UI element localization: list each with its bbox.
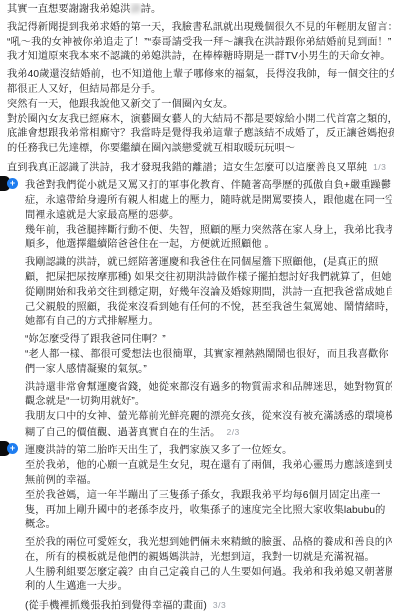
text-line: 在，所有的模板就是他們的親媽媽洪詩，光想到這，我對一切就是充滿祝福。 [25,551,392,566]
text-line: (從手機裡抓幾張我拍到覺得幸福的畫面)3/3 [25,598,392,614]
text-line: 人生勝利組要怎麼定義？由自己定義自己的人生要如何過。我弟和我弟媳又朝著勝 [25,566,392,581]
add-to-thread-plus-icon[interactable]: + [7,178,18,189]
text-line: 都很正人又好，但結局都是分手。 [7,83,394,98]
text-line: 她都有自己的方式排解壓力。 [25,315,392,330]
text-line: 運慶洪詩的第二胎昨天出生了，我們家族又多了一位姪女。 [25,444,392,459]
post-paragraph: 其實一直想要謝謝我弟媳洪詩詩。 [7,3,394,18]
post-paragraph: 我弟40歲還沒結婚前，也不知道他上輩子哪修來的福氣，長得沒我帥，每一個交往的女生… [7,68,394,157]
post-paragraph: 我爸對我們從小就是又罵又打的軍事化教育、伴隨著高學歷的孤傲自負+嚴重躁鬱症，永遠… [25,179,392,253]
text-line: 己父親般的照顧，我從來沒看到她有任何的不悅，甚至我爸生氣罵她、鬧情緒時， [25,301,392,316]
text-line: 隻，再加上剛升國中的老孫李皮丹，收集孫子的速度完全比照大家收集labubu的 [25,504,392,519]
page: 其實一直想要謝謝我弟媳洪詩詩。我記得新聞提到我弟求婚的第一天，我臉書私訊就出現幾… [0,0,400,614]
thread-post: +運慶洪詩的第二胎昨天出生了，我們家族又多了一位姪女。至於我弟，他的心願一直就是… [0,444,400,614]
text-line: 我剛認識的洪詩，就已經陪著運慶和我爸住在同個屋簷下照顧他，(是真正的照 [25,256,392,271]
text-line: 概念。 [25,518,392,533]
text-line: 糊了自己的價值觀、過著真實自在的生活。2/3 [25,425,392,441]
text-line: 突然有一天，他跟我說他又新交了一個圈內女友。 [7,98,394,113]
text-line: 觀念就是“一切夠用就好”。 [25,395,392,410]
text-line: 底誰會想跟我弟常相廝守？我當時是覺得我弟這輩子應該結不成婚了，反正讓爸媽抱孫子 [7,127,394,142]
text-line: 順多，他選擇繼續陪爸爸住在一起，方便就近照顧他 。 [25,238,392,253]
post-paragraph: 至於我的兩位可愛姪女，我光想到她們倆未來精緻的臉蛋、品格的養成和善良的內在，所有… [25,536,392,595]
text-line: 對於圈內女友我已經麻木，演藝圈女藝人的大結局不都是要嫁給小開二代首富之類的，到 [7,113,394,128]
text-line: 直到我真正認識了洪詩，我才發現我錯的離譜；這女生怎麼可以這麼善良又單純1/3 [7,160,394,176]
text-line: 我記得新聞提到我弟求婚的第一天，我臉書私訊就出現幾個很久不見的年輕朋友留言： [7,21,394,36]
text-fragment: 詩。 [141,4,162,15]
text-fragment: 其實一直想要謝謝我弟媳洪 [7,4,130,15]
text-line: 洪詩還非常會幫運慶省錢，她從來都沒有過多的物質需求和品牌迷思，她對物質的 [25,381,392,396]
post-paragraph: 運慶洪詩的第二胎昨天出生了，我們家族又多了一位姪女。至於我弟，他的心願一直就是生… [25,444,392,533]
text-line: 從剛開始和我弟交往到穩定期，好幾年沒論及婚嫁期間，洪詩一直把我爸當成她自 [25,286,392,301]
text-line: 無前例的幸福。 [25,474,392,489]
text-line: 至於我爸媽，這一年半蹦出了三隻孫子孫女，我跟我弟平均每6個月固定出產一 [25,489,392,504]
post-paragraph: 直到我真正認識了洪詩，我才發現我錯的離譜；這女生怎麼可以這麼善良又單純1/3 [7,160,394,176]
text-line: 們一家人感情凝聚的氣氛。” [25,363,392,378]
post-paragraph: 我剛認識的洪詩，就已經陪著運慶和我爸住在同個屋簷下照顧他，(是真正的照顧，把屎把… [25,256,392,330]
text-line: 至於我的兩位可愛姪女，我光想到她們倆未來精緻的臉蛋、品格的養成和善良的內 [25,536,392,551]
text-line: 幾年前，我爸腿摔斷行動不便、失智，照顧的壓力突然落在家人身上，我弟比我孝 [25,224,392,239]
text-line: 至於我弟，他的心願一直就是生女兒，現在還有了兩個，我弟心靈馬力應該達到史 [25,459,392,474]
thread-post: 其實一直想要謝謝我弟媳洪詩詩。我記得新聞提到我弟求婚的第一天，我臉書私訊就出現幾… [0,3,400,176]
text-line: 症，永遠帶給身邊所有親人相處上的壓力，隨時就是開罵要揍人，跟他處在同一空 [25,194,392,209]
text-line: “吼～我的女神被你弟追走了！”“泰哥請受我一拜～讓我在洪詩跟你弟結婚前見到面！” [7,36,394,51]
text-line: “老人都一樣、都很可愛想法也很簡單，其實家裡熱熱鬧鬧也很好，而且我喜歡你 [25,348,392,363]
thread-post: +我爸對我們從小就是又罵又打的軍事化教育、伴隨著高學歷的孤傲自負+嚴重躁鬱症，永… [0,179,400,441]
text-line: 我弟40歲還沒結婚前，也不知道他上輩子哪修來的福氣，長得沒我帥，每一個交往的女生 [7,68,394,83]
post-paragraph: 洪詩還非常會幫運慶省錢，她從來都沒有過多的物質需求和品牌迷思，她對物質的觀念就是… [25,381,392,442]
text-line: 我朋友口中的女神、螢光幕前光鮮亮麗的漂亮女孩，從來沒有被充滿誘惑的環境模 [25,410,392,425]
page-indicator: 1/3 [373,162,386,172]
text-line: 利的人生邁進一大步。 [25,580,392,595]
page-indicator: 2/3 [226,427,239,437]
add-to-thread-plus-icon[interactable]: + [7,443,18,454]
censored-character: 詩 [130,4,140,15]
text-line: 我爸對我們從小就是又罵又打的軍事化教育、伴隨著高學歷的孤傲自負+嚴重躁鬱 [25,179,392,194]
author-avatar[interactable]: + [0,176,22,192]
text-line: 顧，把屎把尿按摩那種) 如果交往初期洪詩做作樣子擺拍想討好我們就算了，但她 [25,271,392,286]
text-line: 間裡永遠就是大家最高壓的惡夢。 [25,209,392,224]
text-line: “妳怎麼受得了跟我爸同住啊？” [25,333,392,348]
post-paragraph: “妳怎麼受得了跟我爸同住啊？”“老人都一樣、都很可愛想法也很簡單，其實家裡熱熱鬧… [25,333,392,377]
post-paragraph: 我記得新聞提到我弟求婚的第一天，我臉書私訊就出現幾個很久不見的年輕朋友留言：“吼… [7,21,394,65]
author-avatar[interactable]: + [0,441,22,457]
text-line: 我才知道原來我本來不認識的弟媳洪詩，在棒棒糖時期是一群TV小男生的天命女神。 [7,50,394,65]
text-line: 的任務我已先達標，你要繼續在圈內談戀愛就互相取暖玩玩唄～ [7,142,394,157]
text-line: 其實一直想要謝謝我弟媳洪詩詩。 [7,3,394,18]
post-paragraph: (從手機裡抓幾張我拍到覺得幸福的畫面)3/3 [25,598,392,614]
page-indicator: 3/3 [213,600,226,610]
